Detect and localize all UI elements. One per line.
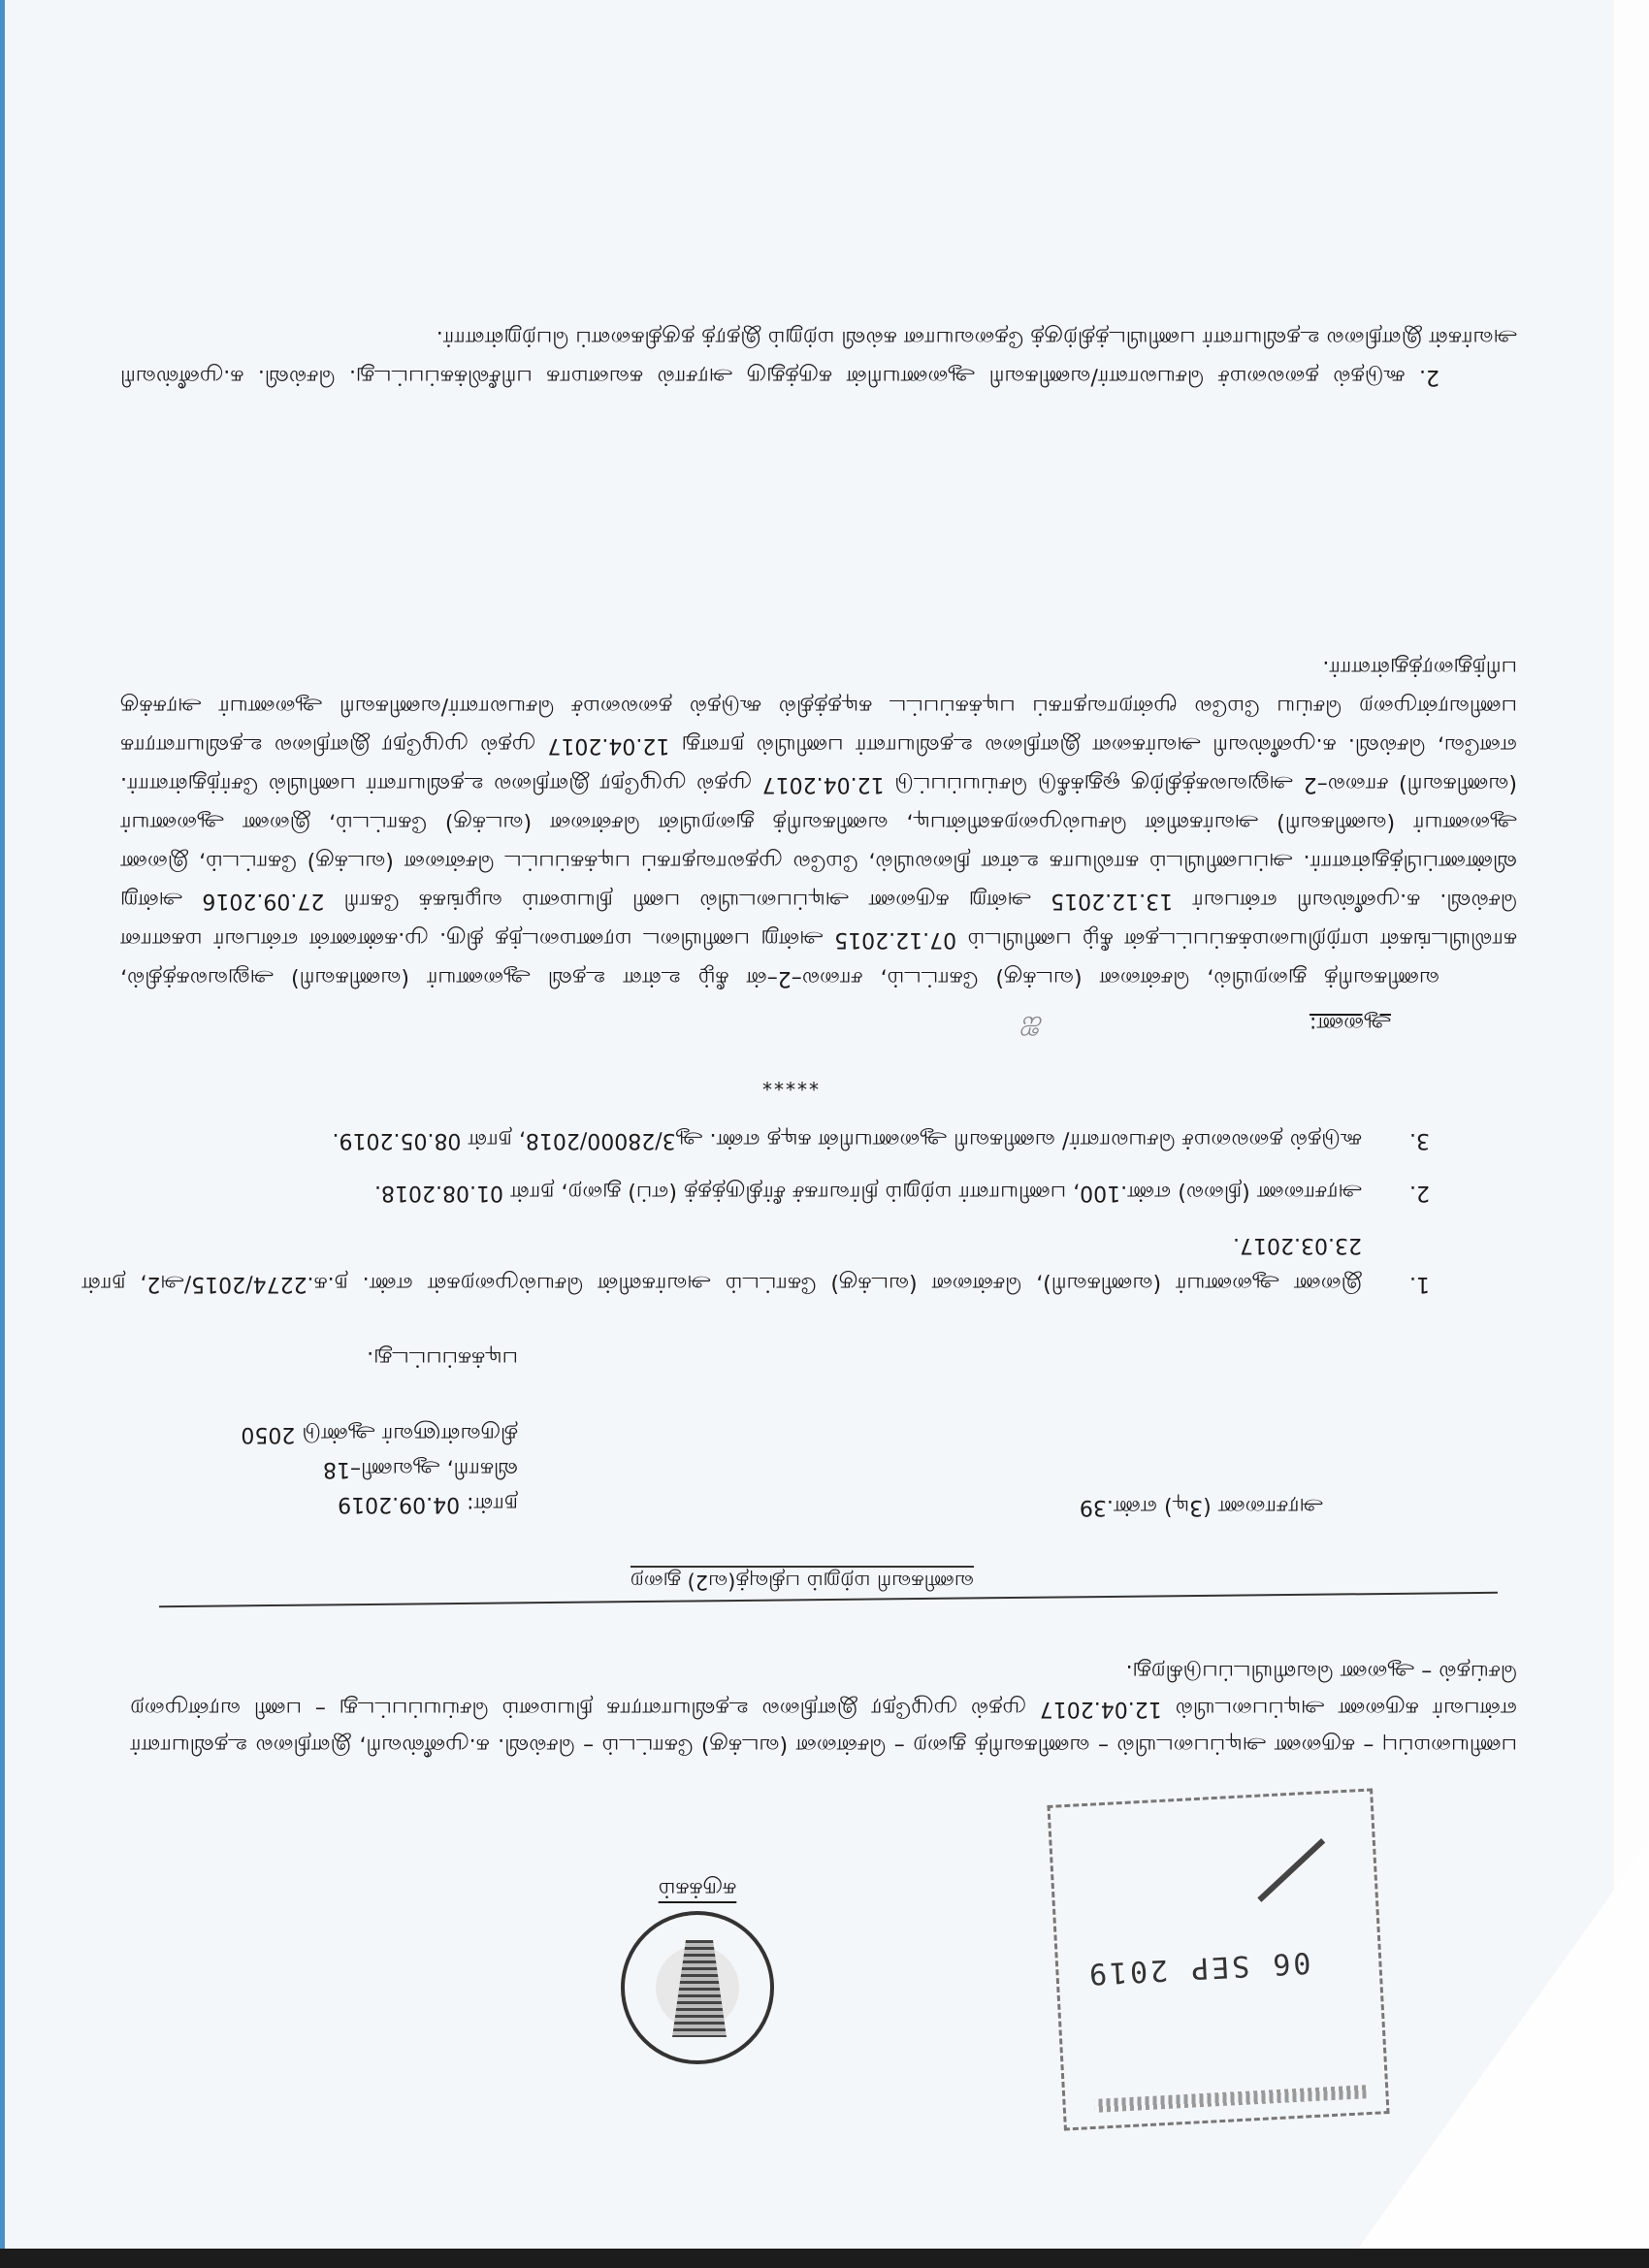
separator: *****	[760, 1071, 819, 1094]
read-label: படிக்கப்பட்டது.	[367, 1344, 518, 1371]
reference-item: 2. அரசாணை (நிலை) எண்.100, பணியாளர் மற்று…	[81, 1173, 1430, 1212]
reference-text: கூடுதல் தலைமைச் செயலாளர்/ வணிகவரி ஆணையரி…	[332, 1128, 1362, 1152]
tamil-nadu-emblem-icon	[621, 1911, 774, 2064]
abstract-label: சுருக்கம்	[586, 1874, 809, 1901]
received-stamp: 06 SEP 2019	[1047, 1788, 1389, 2130]
scanner-bed-shadow	[0, 2249, 1649, 2268]
reference-number: 3.	[1409, 1120, 1430, 1159]
go-number: அரசாணை (3டி) எண்.39	[1080, 1492, 1323, 1519]
subject: பணியமைப்பு – கருணை அடிப்படையில் – வணிகவர…	[130, 1653, 1517, 1764]
reference-number: 2.	[1409, 1173, 1430, 1212]
department: வணிகவரி மற்றும் பதிவுத்(வ2) துறை	[630, 1566, 974, 1594]
order-paragraph-2: 2. கூடுதல் தலைமைச் செயலாளர்/வணிகவரி ஆணைய…	[120, 318, 1517, 396]
order-paragraph-1: வணிகவரித் துறையில், சென்னை (வடக்கு) கோட்…	[120, 648, 1517, 997]
divider	[159, 1592, 1498, 1607]
handwritten-initials: ஐ	[1021, 1014, 1042, 1046]
references: 1. இணை ஆணையர் (வணிகவரி), சென்னை (வடக்கு)…	[81, 1107, 1430, 1303]
signature-scribble	[1257, 1838, 1325, 1902]
stamp-header	[1094, 2085, 1366, 2113]
order-heading: ஆணை:	[1309, 1009, 1391, 1036]
stamp-date: 06 SEP 2019	[1085, 1945, 1311, 1991]
date-block: நாள்: 04.09.2019 விகாரி, ஆவணி–18 திருவள்…	[241, 1416, 518, 1521]
reference-item: 3. கூடுதல் தலைமைச் செயலாளர்/ வணிகவரி ஆணை…	[81, 1120, 1430, 1159]
reference-item: 1. இணை ஆணையர் (வணிகவரி), சென்னை (வடக்கு)…	[81, 1225, 1430, 1303]
government-order-page: 06 SEP 2019 சுருக்கம் பணியமைப்பு – கருணை…	[5, 0, 1614, 2249]
date-line: நாள்: 04.09.2019	[241, 1486, 518, 1521]
reference-text: அரசாணை (நிலை) எண்.100, பணியாளர் மற்றும் …	[374, 1181, 1362, 1205]
emblem-block: சுருக்கம்	[586, 1874, 809, 2064]
date-line: விகாரி, ஆவணி–18	[241, 1451, 518, 1486]
reference-text: இணை ஆணையர் (வணிகவரி), சென்னை (வடக்கு) கோ…	[81, 1233, 1362, 1296]
reference-number: 1.	[1409, 1264, 1430, 1303]
date-line: திருவள்ளுவர் ஆண்டு 2050	[241, 1416, 518, 1451]
temple-tower-icon	[672, 1940, 727, 2037]
